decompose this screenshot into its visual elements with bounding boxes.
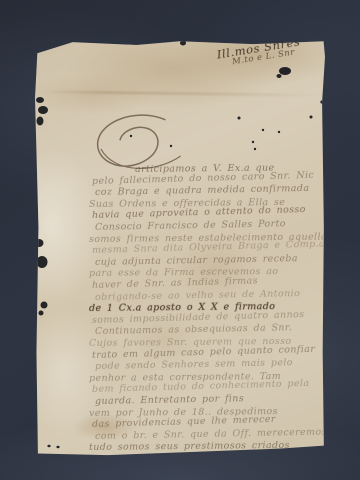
ink-blot	[37, 117, 44, 126]
photo-background: Ill.mos Snres M.to e L. Snr articipamos …	[0, 0, 360, 480]
ink-speck	[47, 445, 50, 447]
ink-blot	[38, 106, 48, 114]
ink-blot	[35, 239, 44, 247]
ink-blot	[41, 302, 48, 309]
manuscript-page: Ill.mos Snres M.to e L. Snr articipamos …	[35, 40, 325, 456]
ink-blot	[37, 256, 48, 268]
ink-blot	[180, 41, 186, 46]
ink-speck	[238, 117, 241, 120]
ink-speck	[320, 100, 323, 103]
ink-speck	[252, 141, 254, 143]
ink-speck	[130, 135, 132, 137]
ink-speck	[56, 446, 59, 448]
ink-speck	[254, 148, 256, 150]
ink-speck	[262, 129, 264, 131]
ink-blot	[36, 97, 44, 103]
ink-speck	[278, 131, 280, 133]
ink-blot	[39, 311, 44, 316]
ink-blots	[35, 40, 325, 456]
ink-blot	[277, 74, 282, 78]
ink-blot	[279, 67, 291, 75]
ink-speck	[310, 116, 313, 119]
ink-speck	[170, 145, 172, 147]
